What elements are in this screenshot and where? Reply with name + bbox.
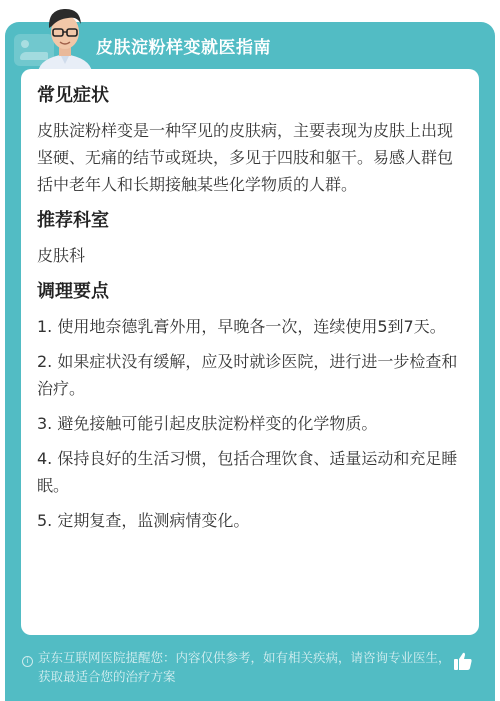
care-item: 1. 使用地奈德乳膏外用，早晚各一次，连续使用5到7天。 [37, 313, 463, 340]
care-item: 5. 定期复查，监测病情变化。 [37, 507, 463, 534]
department-text: 皮肤科 [37, 242, 463, 269]
department-heading: 推荐科室 [37, 208, 463, 234]
care-heading: 调理要点 [37, 279, 463, 305]
content-card: 常见症状 皮肤淀粉样变是一种罕见的皮肤病，主要表现为皮肤上出现坚硬、无痛的结节或… [21, 69, 479, 635]
symptoms-heading: 常见症状 [37, 83, 463, 109]
page-title: 皮肤淀粉样变就医指南 [96, 33, 271, 58]
care-item: 4. 保持良好的生活习惯，包括合理饮食、适量运动和充足睡眠。 [37, 445, 463, 499]
disclaimer-text: 京东互联网医院提醒您：内容仅供参考，如有相关疾病，请咨询专业医生，获取最适合您的… [38, 648, 458, 686]
care-item: 2. 如果症状没有缓解，应及时就诊医院，进行进一步检查和治疗。 [37, 348, 463, 402]
doctor-avatar [30, 4, 100, 72]
thumbs-up-icon[interactable] [453, 651, 473, 671]
symptoms-text: 皮肤淀粉样变是一种罕见的皮肤病，主要表现为皮肤上出现坚硬、无痛的结节或斑块，多见… [37, 117, 463, 198]
info-icon: i [22, 656, 33, 667]
care-item: 3. 避免接触可能引起皮肤淀粉样变的化学物质。 [37, 410, 463, 437]
